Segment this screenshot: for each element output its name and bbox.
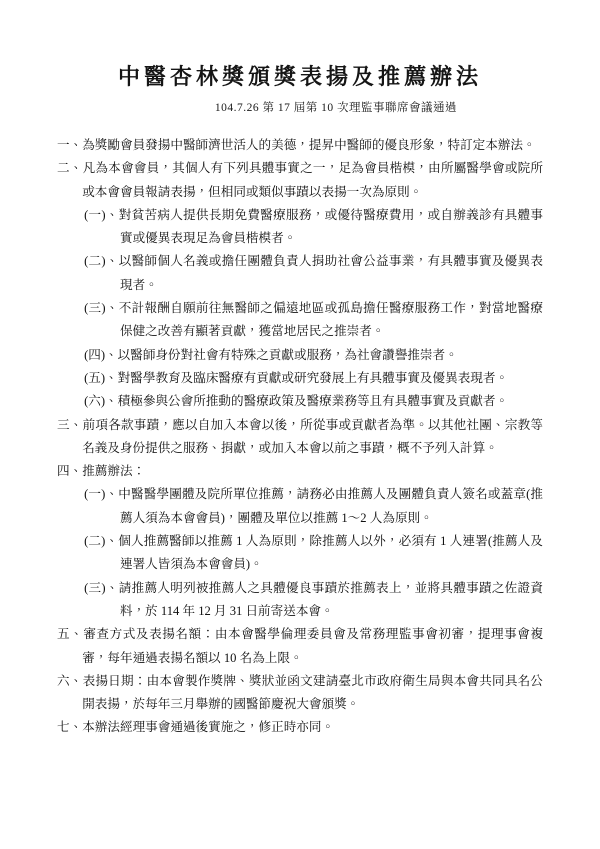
item-text: 對醫學教育及臨床醫療有貢獻或研究發展上有具體事實及優異表現者。 bbox=[118, 371, 508, 385]
item-text: 推薦辦法： bbox=[82, 464, 145, 478]
item-text: 以醫師身份對社會有特殊之貢獻或服務，為社會讚譽推崇者。 bbox=[118, 348, 458, 362]
item-marker: (三)、 bbox=[84, 581, 119, 595]
article-4-subitem-2: (二)、個人推薦醫師以推薦 1 人為原則，除推薦人以外，必須有 1 人連署(推薦… bbox=[84, 530, 543, 577]
article-2-subitem-3: (三)、不計報酬自願前往無醫師之偏遠地區或孤島擔任醫療服務工作，對當地醫療保健之… bbox=[84, 297, 543, 344]
item-text: 不計報酬自願前往無醫師之偏遠地區或孤島擔任醫療服務工作，對當地醫療保健之改善有顯… bbox=[119, 301, 543, 338]
item-marker: (五)、 bbox=[84, 371, 118, 385]
article-4: 四、推薦辦法： bbox=[57, 460, 543, 483]
article-7: 七、本辦法經理事會通過後實施之，修正時亦同。 bbox=[57, 716, 543, 739]
item-marker: (六)、 bbox=[84, 394, 118, 408]
article-5: 五、審查方式及表揚名額：由本會醫學倫理委員會及常務理監事會初審，提理事會複審，每… bbox=[57, 623, 543, 670]
article-2-subitem-2: (二)、以醫師個人名義或擔任團體負責人捐助社會公益事業，有具體事實及優異表現者。 bbox=[84, 250, 543, 297]
item-text: 對貧苦病人提供長期免費醫療服務，或優待醫療費用，或自辦義診有具體事實或優異表現足… bbox=[119, 208, 543, 245]
item-marker: 四、 bbox=[57, 464, 82, 478]
article-4-subitem-3: (三)、請推薦人明列被推薦人之具體優良事蹟於推薦表上，並將具體事蹟之佐證資料，於… bbox=[84, 577, 543, 624]
item-text: 請推薦人明列被推薦人之具體優良事蹟於推薦表上，並將具體事蹟之佐證資料，於 114… bbox=[119, 581, 543, 618]
article-4-subitem-1: (一)、中醫醫學團體及院所單位推薦，請務必由推薦人及團體負責人簽名或蓋章(推薦人… bbox=[84, 483, 543, 530]
item-text: 以醫師個人名義或擔任團體負責人捐助社會公益事業，有具體事實及優異表現者。 bbox=[119, 254, 543, 291]
item-marker: (一)、 bbox=[84, 487, 118, 501]
article-2-subitem-4: (四)、以醫師身份對社會有特殊之貢獻或服務，為社會讚譽推崇者。 bbox=[84, 344, 543, 367]
item-text: 本辦法經理事會通過後實施之，修正時亦同。 bbox=[82, 720, 334, 734]
article-2-subitem-6: (六)、積極參與公會所推動的醫療政策及醫療業務等且有具體事實及貢獻者。 bbox=[84, 390, 543, 413]
item-text: 為獎勵會員發揚中醫師濟世活人的美德，提昇中醫師的優良形象，特訂定本辦法。 bbox=[82, 138, 535, 152]
page-title: 中醫杏林獎頒獎表揚及推薦辦法 bbox=[57, 62, 543, 92]
item-marker: 六、 bbox=[57, 674, 83, 688]
article-3: 三、前項各款事蹟，應以自加入本會以後，所從事或貢獻者為準。以其他社團、宗教等名義… bbox=[57, 414, 543, 461]
item-marker: (二)、 bbox=[84, 534, 118, 548]
item-text: 中醫醫學團體及院所單位推薦，請務必由推薦人及團體負責人簽名或蓋章(推薦人須為本會… bbox=[118, 487, 543, 524]
item-text: 審查方式及表揚名額：由本會醫學倫理委員會及常務理監事會初審，提理事會複審，每年通… bbox=[82, 627, 543, 664]
item-marker: 一、 bbox=[57, 138, 82, 152]
item-text: 凡為本會會員，其個人有下列具體事實之一，足為會員楷模，由所屬醫學會或院所或本會會… bbox=[82, 161, 543, 198]
item-text: 表揚日期：由本會製作獎牌、獎狀並函文建請臺北市政府衛生局與本會共同具名公開表揚，… bbox=[82, 674, 543, 711]
approval-note: 104.7.26 第 17 屆第 10 次理監事聯席會議通過 bbox=[57, 99, 543, 115]
item-marker: (四)、 bbox=[84, 348, 118, 362]
item-marker: 二、 bbox=[57, 161, 83, 175]
item-marker: (三)、 bbox=[84, 301, 119, 315]
item-text: 個人推薦醫師以推薦 1 人為原則，除推薦人以外，必須有 1 人連署(推薦人及連署… bbox=[118, 534, 543, 571]
article-2-subitem-5: (五)、對醫學教育及臨床醫療有貢獻或研究發展上有具體事實及優異表現者。 bbox=[84, 367, 543, 390]
article-2-subitem-1: (一)、對貧苦病人提供長期免費醫療服務，或優待醫療費用，或自辦義診有具體事實或優… bbox=[84, 204, 543, 251]
article-2: 二、凡為本會會員，其個人有下列具體事實之一，足為會員楷模，由所屬醫學會或院所或本… bbox=[57, 157, 543, 204]
item-marker: 三、 bbox=[57, 418, 83, 432]
document-page: 中醫杏林獎頒獎表揚及推薦辦法 104.7.26 第 17 屆第 10 次理監事聯… bbox=[0, 0, 600, 849]
document-body: 一、為獎勵會員發揚中醫師濟世活人的美德，提昇中醫師的優良形象，特訂定本辦法。 二… bbox=[57, 134, 543, 740]
item-marker: 七、 bbox=[57, 720, 82, 734]
item-marker: (一)、 bbox=[84, 208, 119, 222]
item-text: 前項各款事蹟，應以自加入本會以後，所從事或貢獻者為準。以其他社團、宗教等名義及身… bbox=[82, 418, 543, 455]
item-text: 積極參與公會所推動的醫療政策及醫療業務等且有具體事實及貢獻者。 bbox=[118, 394, 508, 408]
item-marker: 五、 bbox=[57, 627, 83, 641]
article-1: 一、為獎勵會員發揚中醫師濟世活人的美德，提昇中醫師的優良形象，特訂定本辦法。 bbox=[57, 134, 543, 157]
article-6: 六、表揚日期：由本會製作獎牌、獎狀並函文建請臺北市政府衛生局與本會共同具名公開表… bbox=[57, 670, 543, 717]
item-marker: (二)、 bbox=[84, 254, 119, 268]
